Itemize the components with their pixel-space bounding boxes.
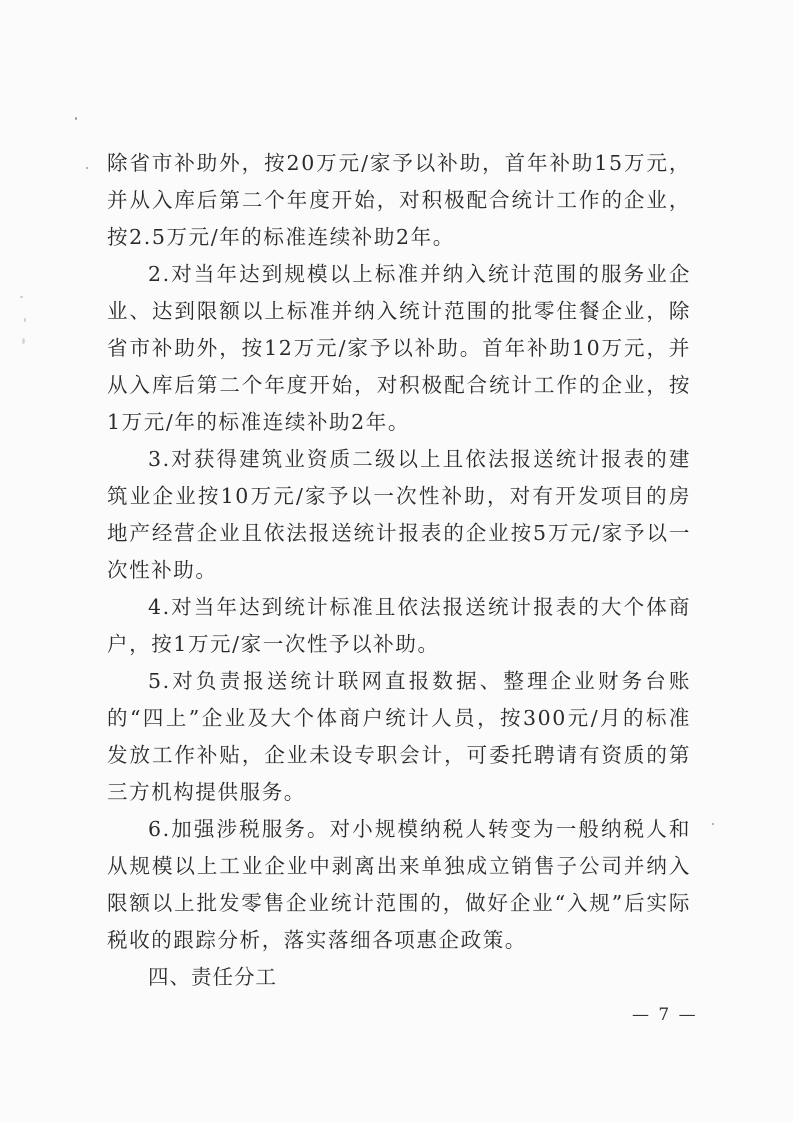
scan-speck [20,296,23,298]
paragraph-item-2: 2.对当年达到规模以上标准并纳入统计范围的服务业企业、达到限额以上标准并纳入统计… [107,256,691,441]
scan-speck [712,823,714,825]
paragraph-item-4: 4.对当年达到统计标准且依法报送统计报表的大个体商户，按1万元/家一次性予以补助… [107,589,691,663]
paragraph-item-3: 3.对获得建筑业资质二级以上且依法报送统计报表的建筑业企业按10万元/家予以一次… [107,441,691,589]
scan-speck [75,117,77,120]
document-page: 除省市补助外，按20万元/家予以补助，首年补助15万元，并从入库后第二个年度开始… [0,0,793,1122]
scan-speck [24,318,26,322]
section-heading: 四、责任分工 [107,959,691,996]
paragraph-item-6: 6.加强涉税服务。对小规模纳税人转变为一般纳税人和从规模以上工业企业中剥离出来单… [107,811,691,959]
paragraph-continuation: 除省市补助外，按20万元/家予以补助，首年补助15万元，并从入库后第二个年度开始… [107,145,691,256]
paragraph-item-5: 5.对负责报送统计联网直报数据、整理企业财务台账的“四上”企业及大个体商户统计人… [107,663,691,811]
scan-speck [86,167,88,169]
page-number: — 7 — [632,1005,698,1025]
document-body: 除省市补助外，按20万元/家予以补助，首年补助15万元，并从入库后第二个年度开始… [107,145,691,996]
scan-speck [22,338,25,344]
